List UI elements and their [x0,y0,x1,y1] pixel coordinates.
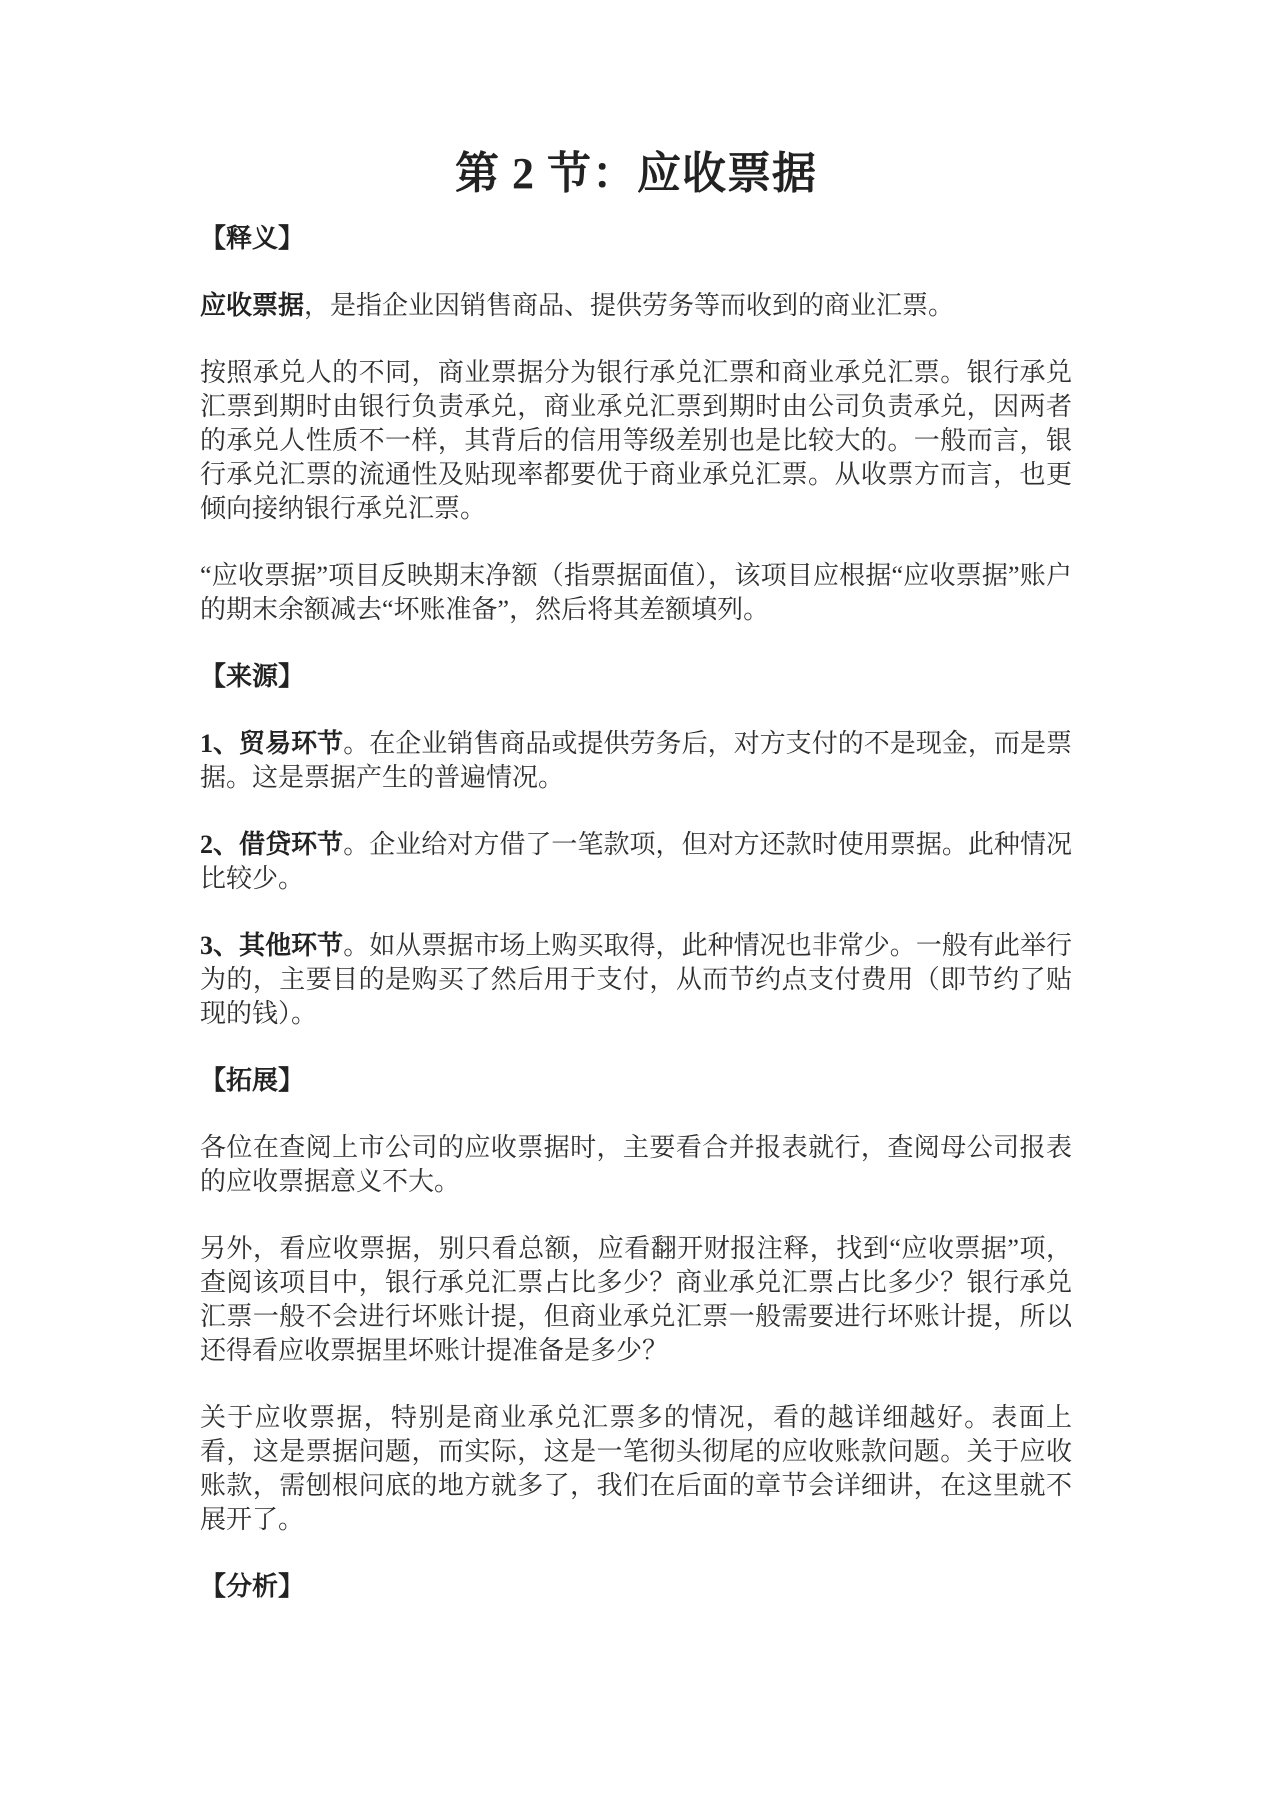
paragraph-lead: 1、贸易环节 [200,729,343,758]
paragraph-receivables-essence: 关于应收票据，特别是商业承兑汇票多的情况，看的越详细越好。表面上看，这是票据问题… [200,1401,1072,1537]
paragraph-footnotes-detail: 另外，看应收票据，别只看总额，应看翻开财报注释，找到“应收票据”项，查阅该项目中… [200,1232,1072,1368]
paragraph-consolidated-report: 各位在查阅上市公司的应收票据时，主要看合并报表就行，查阅母公司报表的应收票据意义… [200,1131,1072,1199]
section-heading-laiyuan: 【来源】 [200,660,1072,694]
paragraph-source-lending: 2、借贷环节。企业给对方借了一笔款项，但对方还款时使用票据。此种情况比较少。 [200,828,1072,896]
paragraph-acceptor-types: 按照承兑人的不同，商业票据分为银行承兑汇票和商业承兑汇票。银行承兑汇票到期时由银… [200,356,1072,526]
paragraph-lead: 应收票据 [200,291,304,320]
section-heading-fenxi: 【分析】 [200,1570,1072,1604]
paragraph-lead: 2、借贷环节 [200,830,343,859]
paragraph-text: ，是指企业因销售商品、提供劳务等而收到的商业汇票。 [304,291,954,320]
document-page: 第 2 节：应收票据 【释义】 应收票据，是指企业因销售商品、提供劳务等而收到的… [0,0,1280,1810]
paragraph-definition: 应收票据，是指企业因销售商品、提供劳务等而收到的商业汇票。 [200,289,1072,323]
document-content: 第 2 节：应收票据 【释义】 应收票据，是指企业因销售商品、提供劳务等而收到的… [200,0,1072,1604]
paragraph-source-other: 3、其他环节。如从票据市场上购买取得，此种情况也非常少。一般有此举行为的，主要目… [200,929,1072,1031]
paragraph-lead: 3、其他环节 [200,931,343,960]
paragraph-net-amount: “应收票据”项目反映期末净额（指票据面值），该项目应根据“应收票据”账户的期末余… [200,559,1072,627]
page-title: 第 2 节：应收票据 [200,148,1072,200]
section-heading-tuozhan: 【拓展】 [200,1064,1072,1098]
section-heading-shiyi: 【释义】 [200,222,1072,256]
paragraph-source-trade: 1、贸易环节。在企业销售商品或提供劳务后，对方支付的不是现金，而是票据。这是票据… [200,727,1072,795]
